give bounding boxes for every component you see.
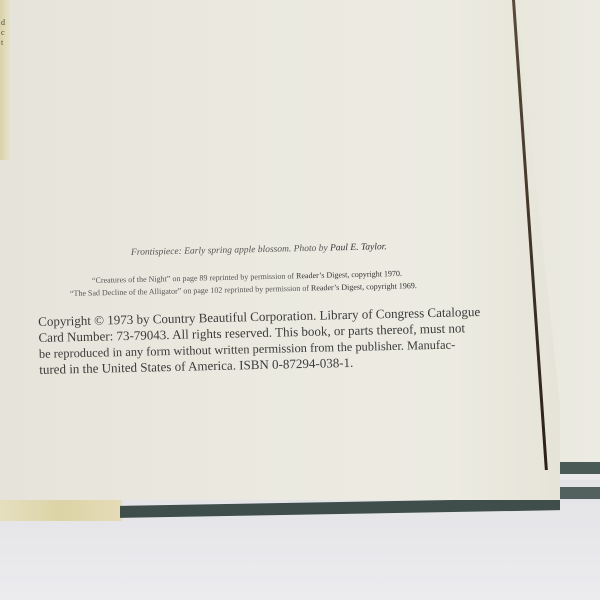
photo-credit: Paul E. Taylor.: [330, 242, 387, 253]
leaf-fragment: t: [1, 38, 3, 47]
copyright-notice: Copyright © 1973 by Country Beautiful Co…: [38, 302, 559, 378]
back-cover-edge: [560, 462, 600, 474]
dust-jacket-flap: [0, 498, 122, 521]
leaf-fragment: d: [1, 18, 5, 27]
photo-scene: d c t Frontispiece: Early spring apple b…: [0, 0, 600, 600]
leaf-text-fragments: d c t: [1, 18, 5, 48]
leaf-fragment: c: [1, 28, 5, 37]
previous-leaf: d c t: [0, 0, 10, 160]
